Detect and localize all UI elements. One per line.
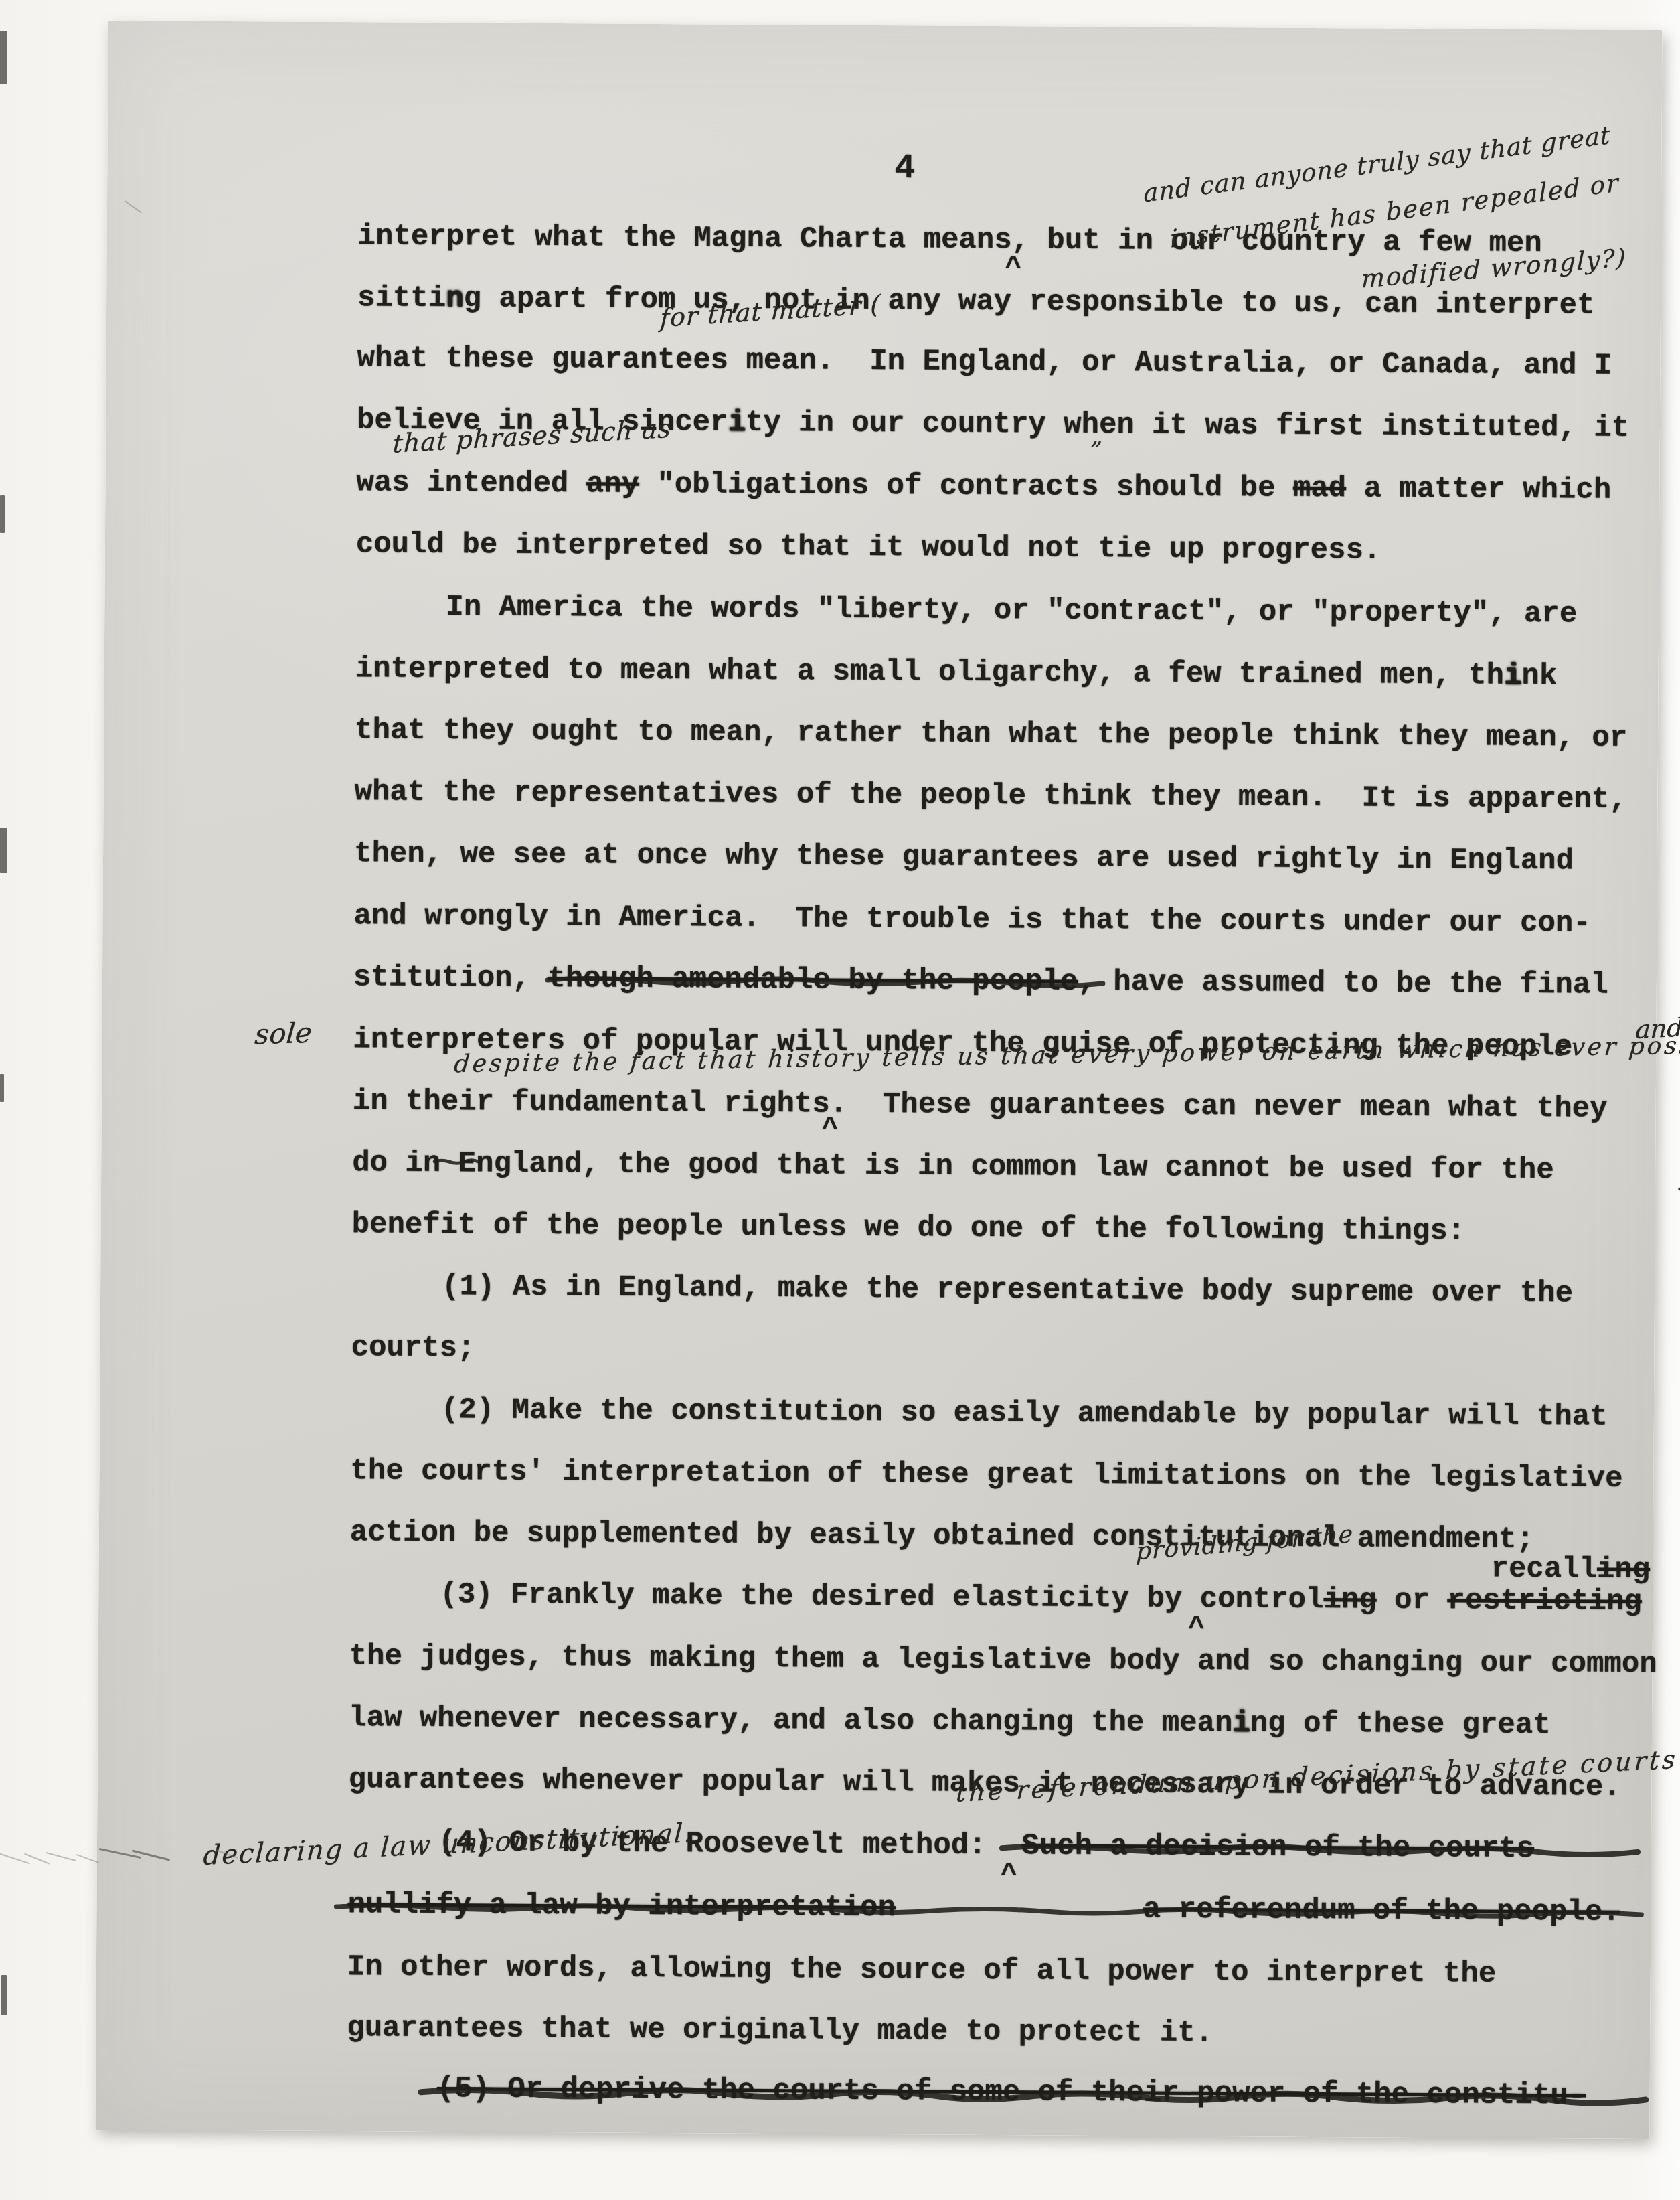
typed-text: In other words, allowing the source of a… (347, 1950, 1497, 1990)
typed-text: could be interpreted so that it would no… (356, 528, 1381, 567)
typed-text: nk (1521, 659, 1557, 693)
caret-method: ^ (1001, 1861, 1017, 1889)
typed-text: recall (1491, 1553, 1597, 1587)
typed-line: could be interpreted so that it would no… (356, 530, 1381, 565)
typed-text: was intended (356, 466, 586, 501)
film-edge-artifact (1, 1975, 7, 2015)
typed-line: benefit of the people unless we do one o… (352, 1210, 1466, 1246)
typed-text: the courts' interpretation of these grea… (350, 1454, 1622, 1496)
typed-line: what these guarantees mean. In England, … (357, 343, 1612, 380)
typed-text: interpreted to mean what a small oligarc… (355, 652, 1505, 692)
typed-line: interpreted to mean what a small oligarc… (355, 654, 1558, 691)
pencil-mark (46, 1852, 76, 1861)
typed-text: , have assumed to be the final (1078, 965, 1608, 1002)
strike-though-amendable (548, 970, 1103, 994)
typed-text: do in England, the good that is in commo… (352, 1146, 1554, 1187)
hand-tick-the (434, 1152, 479, 1172)
typed-text: the judges, thus making them a legislati… (349, 1640, 1657, 1681)
scanned-photo-backdrop: { "meta": { "description": "Typewritten … (0, 0, 1680, 2200)
typed-line: then, we see at once why these guarantee… (354, 839, 1574, 876)
typed-line: (2) Make the constitution so easily amen… (441, 1395, 1608, 1432)
typed-text: sitti (357, 281, 446, 315)
typed-text: and wrongly in America. The trouble is t… (353, 899, 1591, 940)
hw-quote-mark: ” (1088, 439, 1102, 462)
typed-line: courts; (351, 1333, 475, 1363)
blotted-text: i (728, 406, 746, 440)
typed-line: In other words, allowing the source of a… (347, 1952, 1497, 1988)
struck-text: restricting (1447, 1584, 1642, 1619)
typed-line: that they ought to mean, rather than wha… (355, 716, 1627, 753)
struck-text: ing (1597, 1553, 1651, 1587)
typed-text: action be supplemented by easily obtaine… (350, 1516, 1534, 1557)
film-edge-artifact (0, 495, 5, 533)
typed-line: guarantees that we originally made to pr… (347, 2013, 1213, 2048)
typed-line: the judges, thus making them a legislati… (349, 1642, 1657, 1679)
typed-text: (2) Make the constitution so easily amen… (441, 1393, 1608, 1434)
typed-line: do in England, the good that is in commo… (352, 1148, 1554, 1185)
struck-text: mad (1293, 472, 1347, 505)
typed-text: in their fundamental rights. These guara… (353, 1085, 1608, 1125)
caret-controling: ^ (1188, 1614, 1205, 1642)
typed-line: and wrongly in America. The trouble is t… (353, 901, 1591, 938)
typed-line: in their fundamental rights. These guara… (353, 1087, 1608, 1123)
document-page: interpret what the Magna Charta means, b… (95, 21, 1662, 2139)
typed-line: law whenever necessary, and also changin… (349, 1703, 1551, 1740)
struck-text: any (586, 467, 640, 501)
typed-text: law whenever necessary, and also changin… (349, 1701, 1232, 1740)
typed-line: what the representatives of the people t… (354, 777, 1626, 815)
pencil-mark (76, 1854, 100, 1863)
caret-rights: ^ (821, 1115, 838, 1143)
typed-text: or (1377, 1584, 1448, 1618)
typed-text: what these guarantees mean. In England, … (357, 341, 1612, 382)
blotted-text: i (1232, 1707, 1250, 1740)
typed-insert-recall: recalling (1491, 1555, 1650, 1585)
hw-sole-margin: sole (254, 1019, 313, 1049)
typed-line: In America the words "liberty, or "contr… (446, 593, 1577, 629)
film-edge-artifact (0, 1074, 4, 1102)
typed-text: stitution, (353, 961, 548, 996)
typed-text: (1) As in England, make the representati… (442, 1270, 1573, 1310)
typed-text: guarantees that we originally made to pr… (347, 2011, 1213, 2050)
hw-margin-vertical: such power has abused it. (1677, 1088, 1680, 1579)
struck-text: ing (1323, 1583, 1377, 1617)
strike-path (336, 1905, 1641, 1917)
page-number: 4 (894, 151, 916, 186)
film-edge-artifact (0, 31, 7, 84)
typed-text: that they ought to mean, rather than wha… (355, 714, 1627, 755)
strike-path (548, 977, 1103, 986)
strike-path (434, 1160, 479, 1163)
typed-line: action be supplemented by easily obtaine… (350, 1518, 1534, 1555)
typed-line: (1) As in England, make the representati… (442, 1272, 1573, 1308)
strike-such-a-decision (1002, 1838, 1638, 1862)
film-edge-artifact (0, 828, 7, 873)
typed-text: ng of these great (1250, 1707, 1551, 1742)
typed-line: was intended any "obligations of contrac… (356, 468, 1611, 505)
typed-line: the courts' interpretation of these grea… (350, 1456, 1622, 1494)
typed-text: ty in our country when it was first inst… (746, 406, 1629, 445)
typed-text: courts; (351, 1331, 475, 1365)
blotted-text: i (1504, 659, 1522, 693)
strike-path (421, 2088, 1646, 2103)
typed-text: then, we see at once why these guarantee… (354, 837, 1574, 878)
typed-text: (3) Frankly make the desired elasticity … (440, 1578, 1323, 1617)
typed-text: "obligations of contracts should be (639, 468, 1293, 505)
typed-text: a matter which (1346, 472, 1611, 507)
typed-text: what the representatives of the people t… (354, 775, 1626, 817)
typed-text: benefit of the people unless we do one o… (352, 1208, 1466, 1248)
typed-text: In America the words "liberty, or "contr… (446, 591, 1577, 631)
blotted-text: n (446, 282, 464, 315)
typed-line: (3) Frankly make the desired elasticity … (440, 1580, 1642, 1617)
strike-path (1002, 1845, 1638, 1855)
caret-line1: ^ (1005, 254, 1021, 282)
